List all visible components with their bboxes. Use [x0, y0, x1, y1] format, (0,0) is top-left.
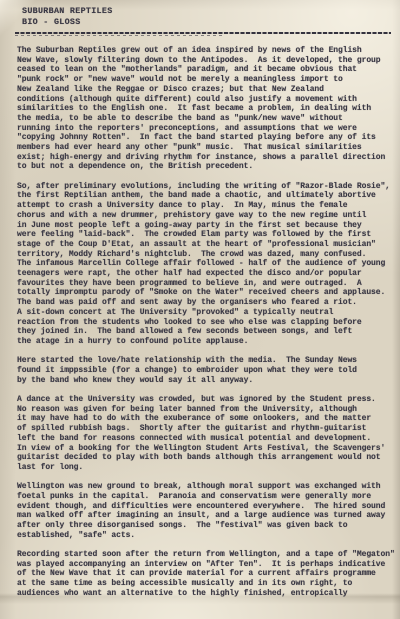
dashed-divider-ghost-line — [15, 35, 222, 36]
bio-paragraph-4: A dance at the University was crowded, b… — [17, 395, 394, 473]
bio-paragraph-5: Wellington was new ground to break, alth… — [17, 482, 394, 540]
bio-paragraph-3: Here started the love/hate relationship … — [17, 356, 394, 385]
bio-paragraph-1: The Suburban Reptiles grew out of an ide… — [17, 46, 394, 172]
document-body: The Suburban Reptiles grew out of an ide… — [17, 46, 394, 599]
document-header: SUBURBAN REPTILES BIO - GLOSS — [17, 6, 394, 27]
scanned-document-page: SUBURBAN REPTILES BIO - GLOSS The Suburb… — [0, 0, 400, 619]
bio-paragraph-6: Recording started soon after the return … — [17, 550, 394, 599]
document-title: SUBURBAN REPTILES — [22, 6, 394, 17]
document-subtitle: BIO - GLOSS — [22, 17, 394, 28]
dashed-divider-line — [15, 32, 391, 34]
bio-paragraph-2: So, after preliminary evolutions, includ… — [17, 182, 394, 347]
dashed-divider — [15, 32, 391, 36]
